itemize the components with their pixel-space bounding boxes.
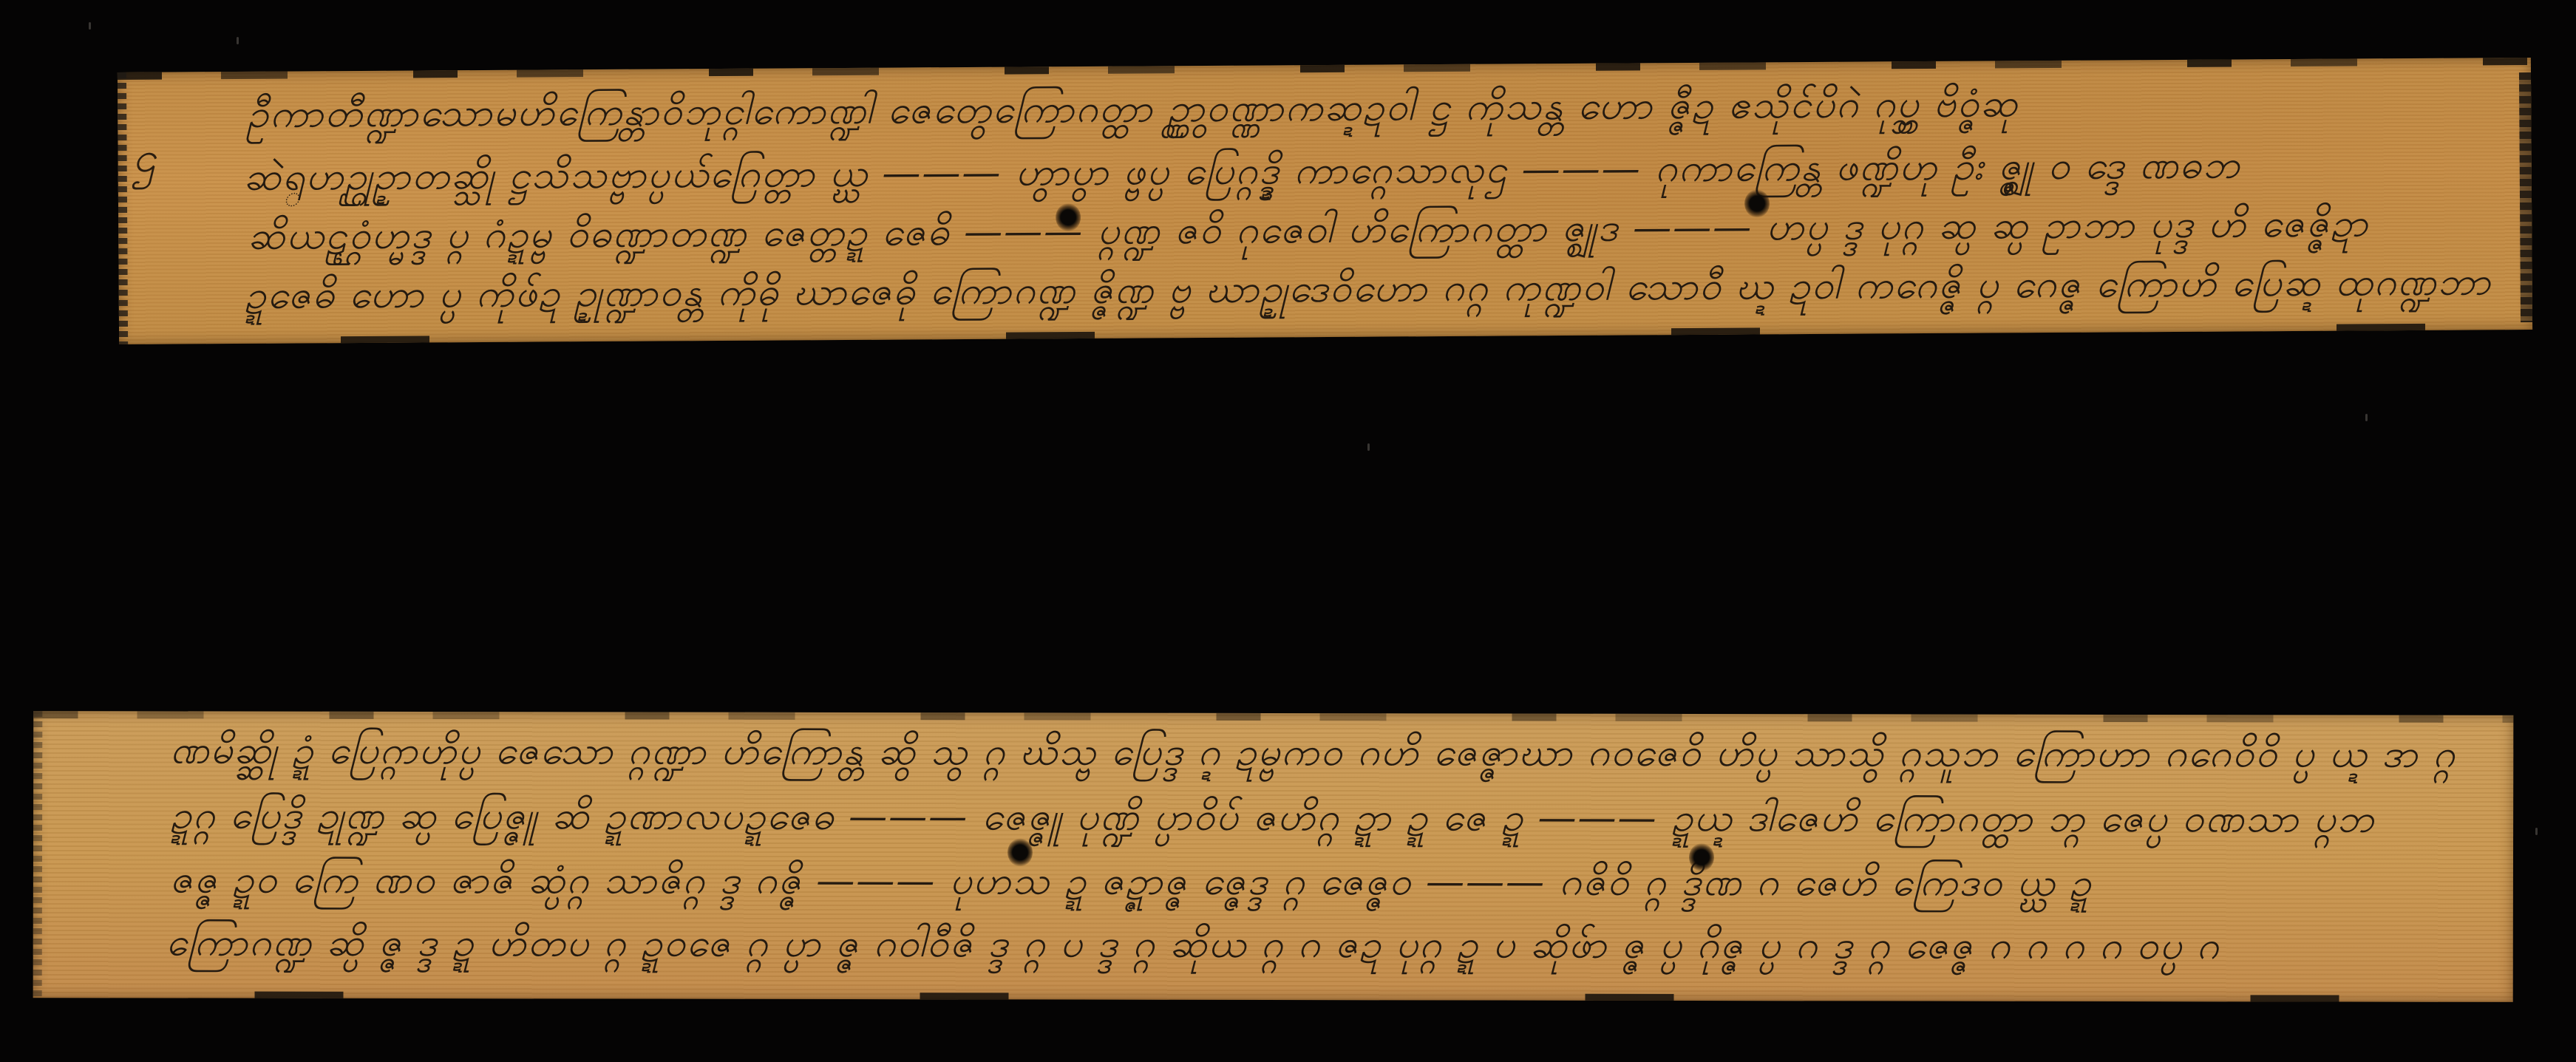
- manuscript-line: ဏမိဆ္ဆို ဍ္ဍံ ပြေဂ္ဂာဟိုပ္ပ ဇေသော ဂ္ဂဏ္ဍ…: [170, 726, 2456, 786]
- leaf-edge-wear: [118, 58, 2531, 80]
- manuscript-line: ဆဲရ္ဟဉ္ဌုဉ္ဍာတဆ္သို ဋ္ဌသိသဗ္ဗာပ္ပယ်ဂြေတ္…: [244, 140, 2242, 209]
- palm-leaf-top: ဌ ဦကာတီဏ္ဍာသောမဟိကြေန္တာဝိဘုင္ဂါကောဏ္ဍါ …: [118, 58, 2532, 344]
- manuscript-line: ဍ္ဍဂ္ဂ ပြေဒ္ဒိ ဍုဏ္ဍ ဆ္ပ ပြေဇ္ဇူ ဆိ ဍ္ဍဏ…: [170, 791, 2376, 851]
- leaf-edge-wear: [119, 323, 2532, 344]
- background-speck: [2365, 414, 2368, 421]
- leaf-edge-wear: [33, 711, 43, 998]
- leaf-edge-wear: [118, 72, 128, 344]
- manuscript-line: ဆိယဠ္ဌဝံဟ္မဒ္ဒ ပ္ဂ ဂံဍ္ဍမ္ဗ ဝိဓဏ္ဍာတဏ္ဍ …: [248, 199, 2369, 268]
- binding-hole: [1056, 203, 1081, 231]
- leaf-marker: ဌ: [132, 132, 156, 192]
- palm-leaf-bottom: ဏမိဆ္ဆို ဍ္ဍံ ပြေဂ္ဂာဟိုပ္ပ ဇေသော ဂ္ဂဏ္ဍ…: [33, 711, 2514, 1002]
- background-speck: [237, 37, 239, 44]
- binding-hole: [1744, 189, 1770, 217]
- binding-hole: [1689, 843, 1714, 871]
- leaf-edge-wear: [33, 711, 2513, 723]
- manuscript-line: ကြောဂဏ္ဍ ဆ္ပိ ဇ္ဇ ဒ္ဒ ဍ္ဍ ဟိတပ ဂ္ဂ ဍ္ဍဝဇ…: [166, 918, 2220, 978]
- manuscript-line: ဍ္ဍဇေဓိ ဟော ပ္ပ ကိုဖ်ဍ ဉ္ဍုဏ္ဍာဝန္တ ကိုဓ…: [245, 257, 2492, 327]
- background-speck: [2535, 828, 2538, 835]
- background-speck: [89, 22, 91, 30]
- manuscript-line: ဇဇ္ဇ ဍ္ဍဝ ကြေ ဏဝ ဇာဇိ ဆ္ပံဂ္ဂ သာဇိဂ္ဂ ဒ္…: [170, 855, 2093, 915]
- binding-hole: [1007, 838, 1033, 866]
- background-speck: [1367, 443, 1370, 451]
- leaf-edge-wear: [2519, 72, 2532, 322]
- manuscript-line: ဦကာတီဏ္ဍာသောမဟိကြေန္တာဝိဘုင္ဂါကောဏ္ဍါ ဇေ…: [247, 79, 2019, 146]
- leaf-edge-wear: [33, 991, 2513, 1002]
